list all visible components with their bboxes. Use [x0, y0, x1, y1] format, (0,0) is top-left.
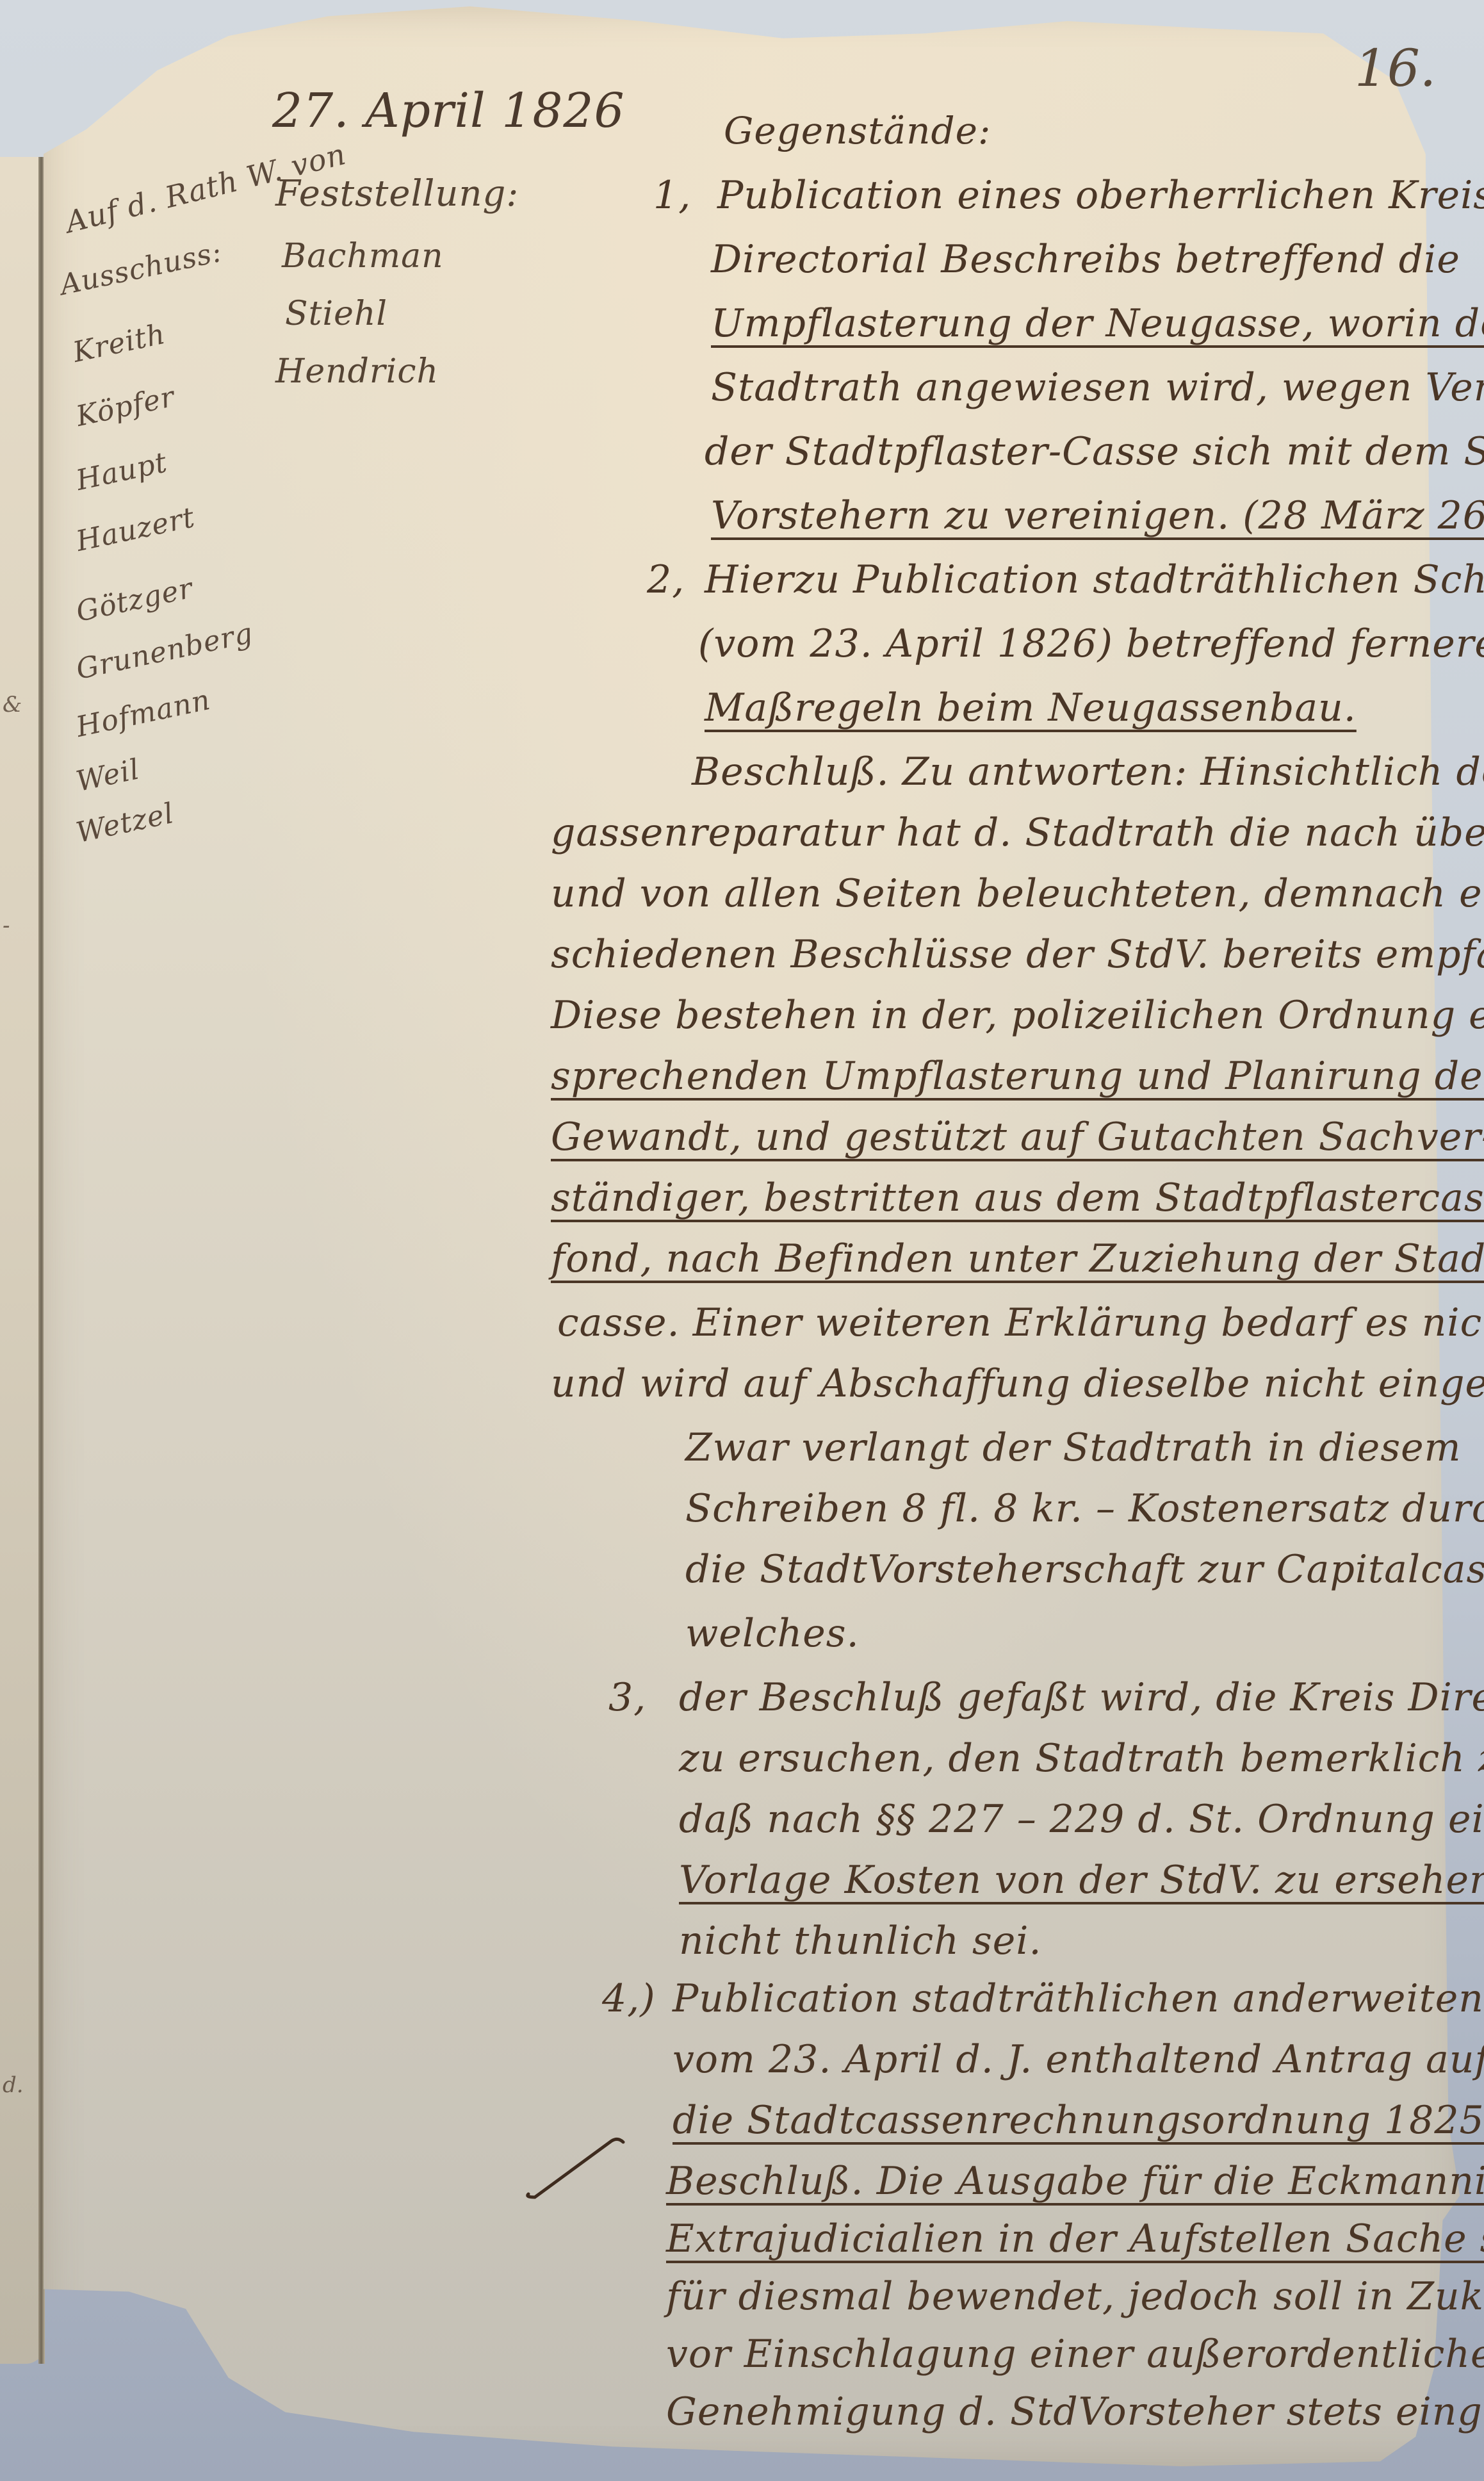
page-number: 16. [1355, 38, 1436, 98]
attendee-name: Bachman [282, 237, 444, 275]
resolution-line: Schreiben 8 fl. 8 kr. – Kostenersatz dur… [685, 1486, 1484, 1531]
resolution-4-line: vor Einschlagung einer außerordentlichen… [666, 2332, 1484, 2377]
attendees-label: Feststellung: [275, 173, 519, 215]
resolution-line: sprechenden Umpflasterung und Planirung … [551, 1054, 1484, 1099]
item-number: 1, [653, 173, 691, 218]
resolution-line: und von allen Seiten beleuchteten, demna… [551, 871, 1484, 916]
resolution-line: Zwar verlangt der Stadtrath in diesem [685, 1425, 1462, 1470]
attendee-name: Stiehl [285, 295, 387, 333]
item-4-line: die Stadtcassenrechnungsordnung 1825. (v… [673, 2098, 1484, 2143]
item-1-line: der Stadtpflaster-Casse sich mit dem Sta… [705, 429, 1484, 474]
date-heading: 27. April 1826 [272, 83, 625, 138]
item-2-line: Maßregeln beim Neugassenbau. [705, 685, 1357, 730]
resolution-line: Gewandt, und gestützt auf Gutachten Sach… [551, 1115, 1484, 1159]
resolution-4-line: Extrajudicialien in der Aufstellen Sache… [666, 2216, 1484, 2261]
resolution-line: casse. Einer weiteren Erklärung bedarf e… [557, 1300, 1484, 1345]
item-3-line: zu ersuchen, den Stadtrath bemerklich zu… [679, 1736, 1484, 1781]
resolution-line: die StadtVorsteherschaft zur Capitalcass… [685, 1547, 1484, 1592]
prev-page-mark: - [3, 913, 10, 938]
resolution-line: Beschluß. Zu antworten: Hinsichtlich der… [692, 749, 1484, 794]
resolution-line: gassenreparatur hat d. Stadtrath die nac… [551, 810, 1484, 855]
resolution-line: und wird auf Abschaffung dieselbe nicht … [551, 1361, 1484, 1406]
resolution-4-line: Beschluß. Die Ausgabe für die Eckmannisc… [666, 2159, 1484, 2204]
resolution-line: ständiger, bestritten aus dem Stadtpflas… [551, 1175, 1484, 1220]
item-3-line: der Beschluß gefaßt wird, die Kreis Dire… [679, 1675, 1484, 1720]
prev-page-mark: & [3, 692, 22, 717]
resolution-line: welches. [685, 1611, 860, 1656]
item-1-line: Vorstehern zu vereinigen. (28 März 26.) [711, 493, 1484, 538]
prev-page-mark: d. [3, 2072, 24, 2098]
item-2-line: (vom 23. April 1826) betreffend ferneren [698, 621, 1484, 666]
item-number: 3, [608, 1675, 646, 1720]
item-4-line: Publication stadträthlichen anderweiten … [673, 1976, 1484, 2021]
item-1-line: Stadtrath angewiesen wird, wegen Verwend… [711, 365, 1484, 410]
item-1-line: Directorial Beschreibs betreffend die [711, 237, 1460, 282]
item-3-line: daß nach §§ 227 – 229 d. St. Ordnung ein… [679, 1797, 1484, 1842]
item-number: 4,) [602, 1976, 656, 2021]
item-3-line: Vorlage Kosten von der StdV. zu ersehen [679, 1858, 1484, 1903]
resolution-line: fond, nach Befinden unter Zuziehung der … [551, 1236, 1484, 1281]
resolution-line: Diese bestehen in der, polizeilichen Ord… [551, 993, 1484, 1038]
item-1-line: Umpflasterung der Neugasse, worin der [711, 301, 1484, 346]
agenda-heading: Gegenstände: [724, 109, 991, 152]
attendee-name: Hendrich [275, 352, 439, 391]
item-3-line: nicht thunlich sei. [679, 1919, 1042, 1963]
resolution-4-line: für diesmal bewendet, jedoch soll in Zuk… [666, 2274, 1484, 2319]
item-4-line: vom 23. April d. J. enthaltend Antrag au… [673, 2037, 1484, 2082]
resolution-4-line: Genehmigung d. StdVorsteher stets eingeh… [666, 2389, 1484, 2434]
resolution-line: schiedenen Beschlüsse der StdV. bereits … [551, 932, 1484, 977]
item-2-line: Hierzu Publication stadträthlichen Schre… [705, 557, 1484, 602]
item-number: 2, [647, 557, 685, 602]
item-1-line: Publication eines oberherrlichen Kreis- [717, 173, 1484, 218]
margin-checkmark-icon [522, 2133, 637, 2204]
